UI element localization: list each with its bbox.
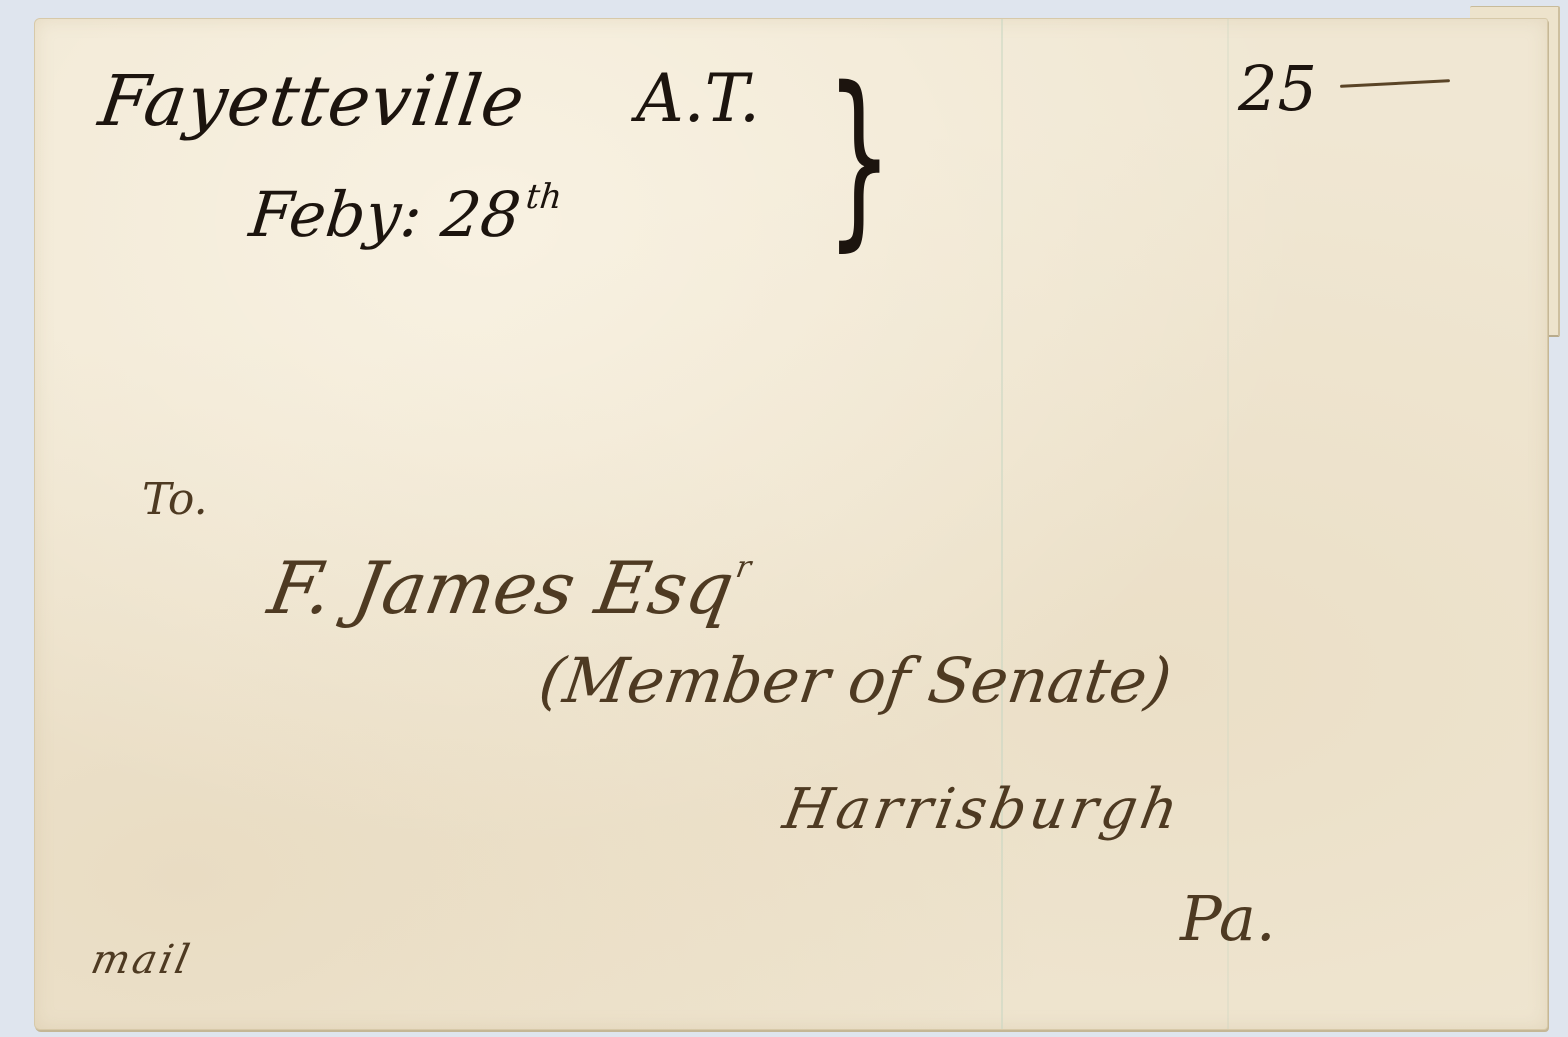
address-state: Pa.: [1180, 888, 1276, 950]
postmark-date: Feby: 28th: [247, 180, 564, 246]
fold-crease: [1227, 19, 1229, 1029]
addressee-name: F. James Esqr: [264, 552, 754, 624]
postmark-town: Fayetteville: [95, 66, 529, 136]
to-label: To.: [142, 478, 208, 522]
fold-crease: [1001, 19, 1003, 1029]
postmark-date-suffix: th: [524, 177, 564, 217]
letter-cover: [34, 18, 1548, 1030]
postage-rate: 25: [1238, 58, 1317, 120]
postmark-territory: A.T.: [636, 66, 760, 132]
route-marking: mail: [88, 940, 196, 980]
addressee-name-text: F. James Esq: [263, 546, 740, 630]
postmark-date-text: Feby: 28: [246, 178, 524, 251]
postmark-brace: }: [826, 72, 892, 243]
addressee-title: (Member of Senate): [536, 650, 1175, 712]
address-city: Harrisburgh: [779, 782, 1186, 838]
